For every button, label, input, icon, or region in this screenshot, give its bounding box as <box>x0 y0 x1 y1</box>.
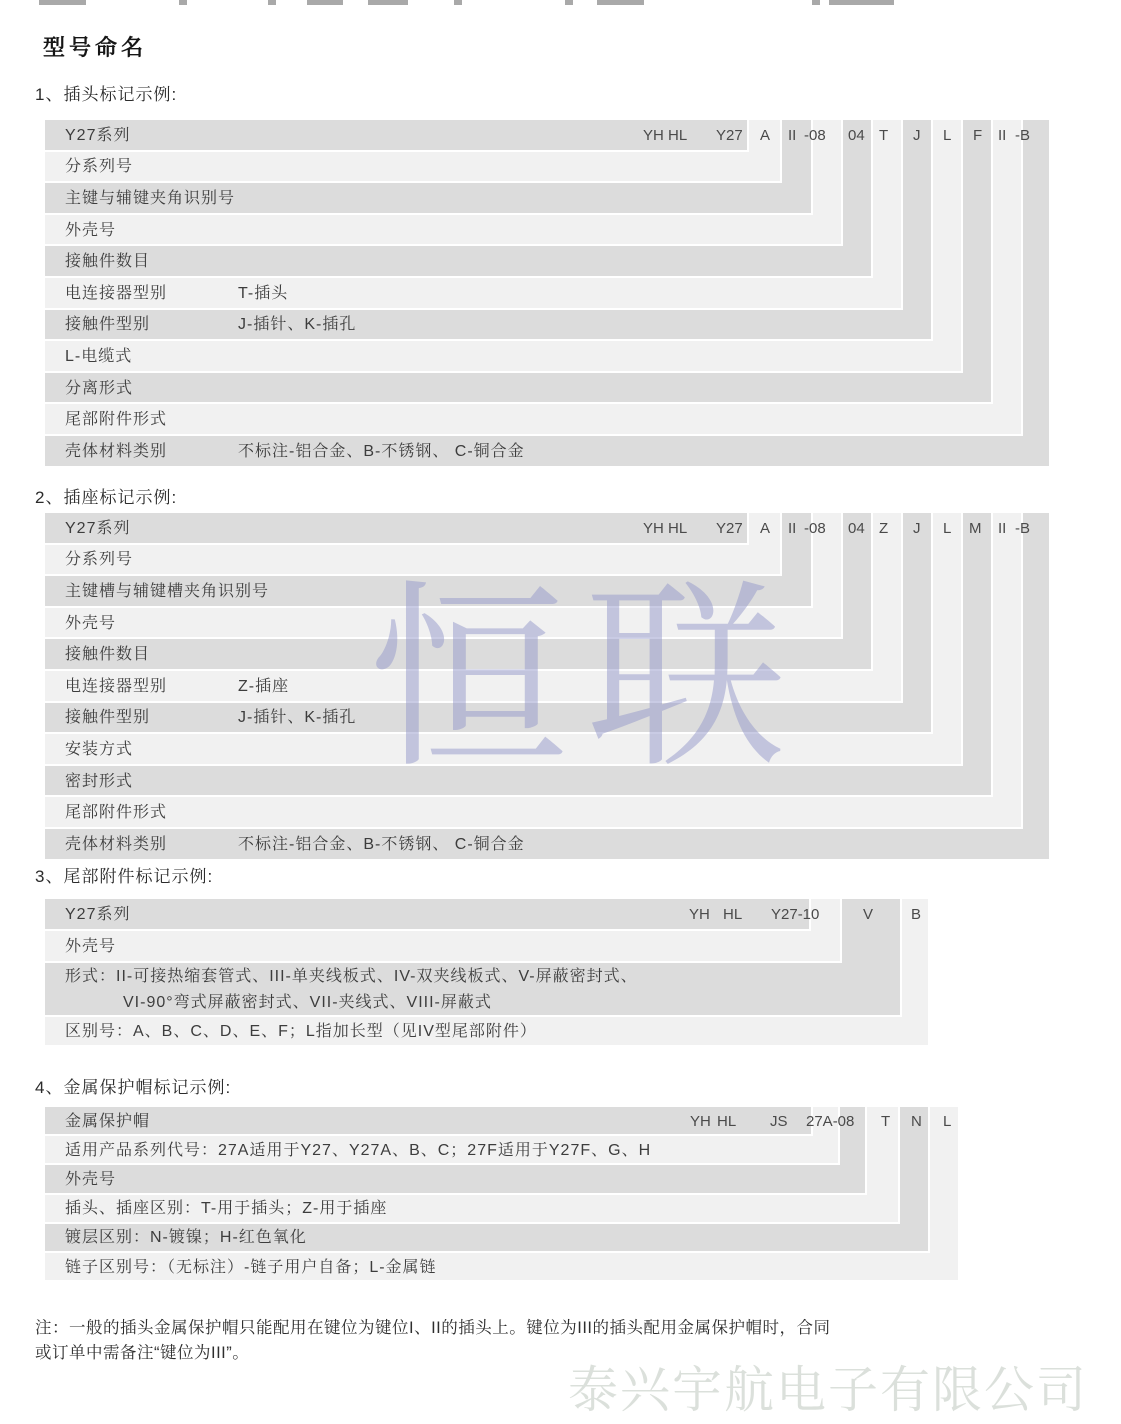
top-edge-fragment <box>597 0 644 5</box>
row-label: 接触件数目 <box>65 252 150 272</box>
row-label: Y27系列 <box>65 905 130 925</box>
top-edge-fragment <box>565 0 573 5</box>
section-heading: 4、金属保护帽标记示例: <box>35 1073 231 1098</box>
row-label: 金属保护帽 <box>65 1112 150 1132</box>
row-label: 接触件型别 <box>65 315 150 335</box>
code-token: Z <box>879 520 888 538</box>
code-token: B <box>911 906 921 924</box>
row-label: 电连接器型别 <box>65 677 167 697</box>
code-token: HL <box>717 1113 736 1131</box>
code-token: Y27 <box>716 127 743 145</box>
row-label: 分离形式 <box>65 379 133 399</box>
code-token: II <box>998 520 1006 538</box>
section-heading: 2、插座标记示例: <box>35 483 177 508</box>
code-token: HL <box>723 906 742 924</box>
row-label: 壳体材料类别 <box>65 835 167 855</box>
row-label: 电连接器型别 <box>65 284 167 304</box>
note-line-2: 或订单中需备注“键位为III”。 <box>35 1339 249 1363</box>
row-label: 壳体材料类别 <box>65 442 167 462</box>
row-label: 适用产品系列代号：27A适用于Y27、Y27A、B、C；27F适用于Y27F、G… <box>65 1141 651 1161</box>
code-token: -B <box>1015 520 1030 538</box>
row-label: 区别号：A、B、C、D、E、F；L指加长型（见IV型尾部附件） <box>65 1022 537 1042</box>
code-token: YH <box>643 520 664 538</box>
code-token: A <box>760 127 770 145</box>
code-token: J <box>913 520 921 538</box>
code-token: A <box>760 520 770 538</box>
code-token: YH <box>689 906 710 924</box>
code-token: -08 <box>804 520 826 538</box>
row-label: 接触件数目 <box>65 645 150 665</box>
watermark-company: 泰兴宇航电子有限公司 <box>568 1350 1088 1422</box>
row-label: 分系列号 <box>65 550 133 570</box>
row-label: L-电缆式 <box>65 347 132 367</box>
code-token: 27A-08 <box>806 1113 854 1131</box>
code-token: V <box>863 906 873 924</box>
code-token: T <box>881 1113 890 1131</box>
row-sublabel: J-插针、K-插孔 <box>238 315 356 335</box>
top-edge-fragment <box>268 0 276 5</box>
code-token: II <box>788 127 796 145</box>
row-label: Y27系列 <box>65 519 130 539</box>
code-token: JS <box>770 1113 788 1131</box>
code-token: T <box>879 127 888 145</box>
row-label: 外壳号 <box>65 1170 116 1190</box>
row-label: 分系列号 <box>65 157 133 177</box>
code-token: II <box>998 127 1006 145</box>
row-sublabel: J-插针、K-插孔 <box>238 708 356 728</box>
row-label: 形式：II-可接热缩套管式、III-单夹线板式、IV-双夹线板式、V-屏蔽密封式… <box>65 967 638 987</box>
top-edge-fragment <box>39 0 86 5</box>
code-token: L <box>943 1113 951 1131</box>
row-label: 外壳号 <box>65 614 116 634</box>
code-token: M <box>969 520 982 538</box>
code-token: 04 <box>848 127 865 145</box>
row-label: 尾部附件形式 <box>65 410 167 430</box>
code-token: Y27-10 <box>771 906 819 924</box>
row-label: 插头、插座区别：T-用于插头；Z-用于插座 <box>65 1199 387 1219</box>
note-line-1: 注：一般的插头金属保护帽只能配用在键位为键位I、II的插头上。键位为III的插头… <box>35 1314 831 1338</box>
row-label: 外壳号 <box>65 937 116 957</box>
code-token: F <box>973 127 982 145</box>
code-token: -B <box>1015 127 1030 145</box>
code-token: HL <box>668 127 687 145</box>
top-edge-fragment <box>812 0 820 5</box>
code-token: Y27 <box>716 520 743 538</box>
row-label: 安装方式 <box>65 740 133 760</box>
section-heading: 1、插头标记示例: <box>35 80 177 105</box>
row-label: 尾部附件形式 <box>65 803 167 823</box>
top-edge-fragment <box>368 0 408 5</box>
row-label-line2: VI-90°弯式屏蔽密封式、VII-夹线式、VIII-屏蔽式 <box>123 993 492 1013</box>
code-token: YH <box>690 1113 711 1131</box>
row-sublabel: T-插头 <box>238 284 288 304</box>
row-label: 主键与辅键夹角识别号 <box>65 189 235 209</box>
row-sublabel: 不标注-铝合金、B-不锈钢、 C-铜合金 <box>238 835 525 855</box>
row-label: 镀层区别：N-镀镍；H-红色氧化 <box>65 1228 307 1248</box>
code-token: -08 <box>804 127 826 145</box>
code-token: YH <box>643 127 664 145</box>
code-token: L <box>943 127 951 145</box>
watermark-center: 恒联 <box>368 575 804 785</box>
code-token: II <box>788 520 796 538</box>
page-title: 型号命名 <box>43 31 147 62</box>
code-token: J <box>913 127 921 145</box>
row-label: 外壳号 <box>65 221 116 241</box>
document-page: 型号命名 1、插头标记示例:Y27系列分系列号主键与辅键夹角识别号外壳号接触件数… <box>0 0 1121 1424</box>
top-edge-fragment <box>454 0 462 5</box>
row-label: 主键槽与辅键槽夹角识别号 <box>65 582 269 602</box>
row-sublabel: Z-插座 <box>238 677 289 697</box>
top-edge-fragment <box>307 0 343 5</box>
row-label: 链子区别号：（无标注）-链子用户自备；L-金属链 <box>65 1258 437 1278</box>
row-label: Y27系列 <box>65 126 130 146</box>
row-sublabel: 不标注-铝合金、B-不锈钢、 C-铜合金 <box>238 442 525 462</box>
top-edge-fragment <box>829 0 894 5</box>
code-token: HL <box>668 520 687 538</box>
code-token: N <box>911 1113 922 1131</box>
code-token: L <box>943 520 951 538</box>
section-heading: 3、尾部附件标记示例: <box>35 862 213 887</box>
top-edge-fragment <box>179 0 187 5</box>
code-token: 04 <box>848 520 865 538</box>
row-label: 密封形式 <box>65 772 133 792</box>
row-label: 接触件型别 <box>65 708 150 728</box>
